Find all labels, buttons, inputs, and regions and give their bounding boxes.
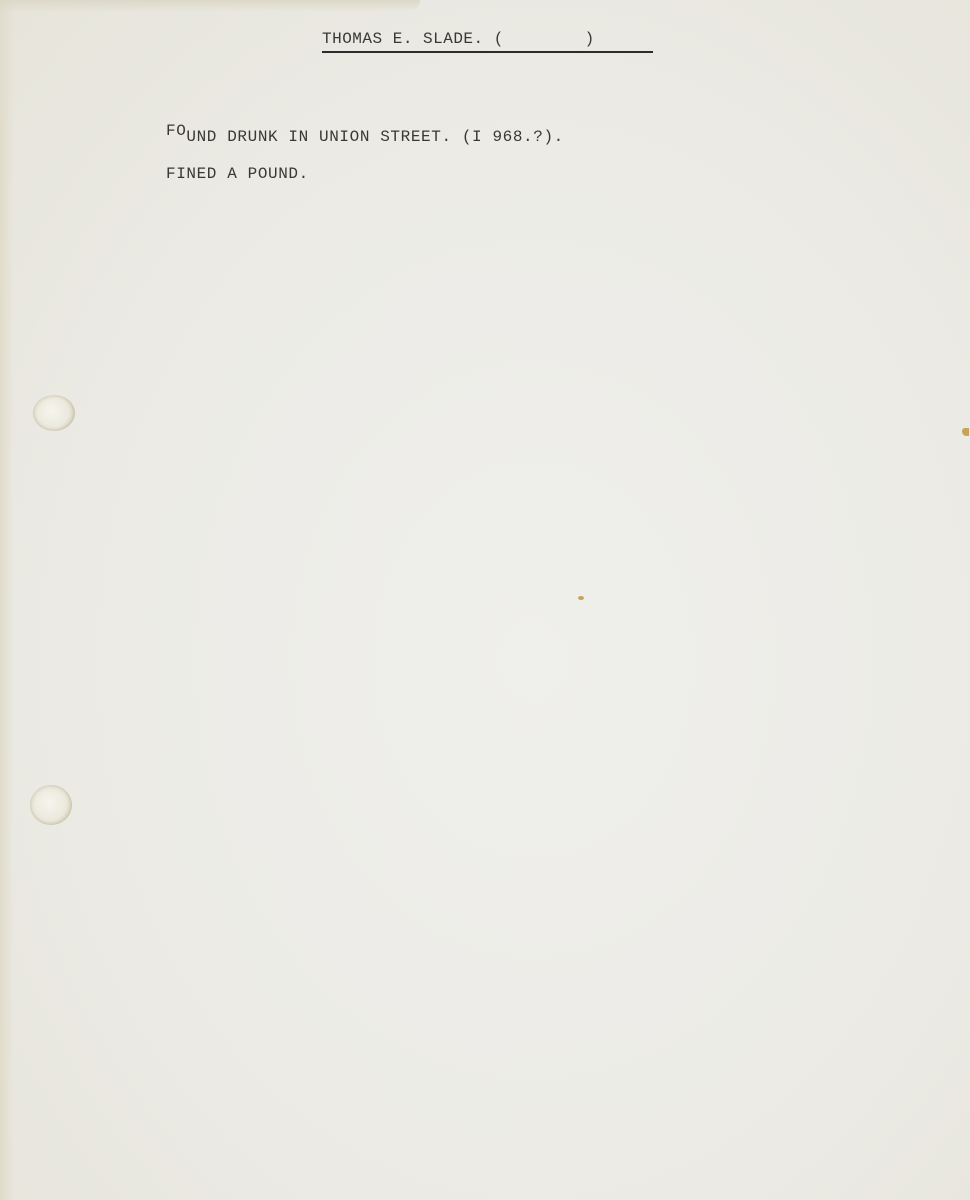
title-underline: [322, 51, 653, 53]
document-title: THOMAS E. SLADE. ( ): [322, 30, 652, 48]
stain-spot: [962, 428, 969, 436]
paper-crease: [0, 0, 420, 12]
stain-spot: [578, 596, 584, 600]
record-line-2: FINED A POUND.: [166, 165, 309, 183]
record-line-1: FOUND DRUNK IN UNION STREET. (I 968.?).: [166, 128, 564, 146]
record-line-1-text: UND DRUNK IN UNION STREET. (I 968.?).: [186, 128, 563, 146]
punch-hole-icon: [30, 785, 72, 825]
punch-hole-icon: [33, 395, 75, 431]
paper-edge-shading: [0, 0, 14, 1200]
typed-document-page: THOMAS E. SLADE. ( ) FOUND DRUNK IN UNIO…: [0, 0, 970, 1200]
raised-prefix: FO: [166, 122, 186, 140]
